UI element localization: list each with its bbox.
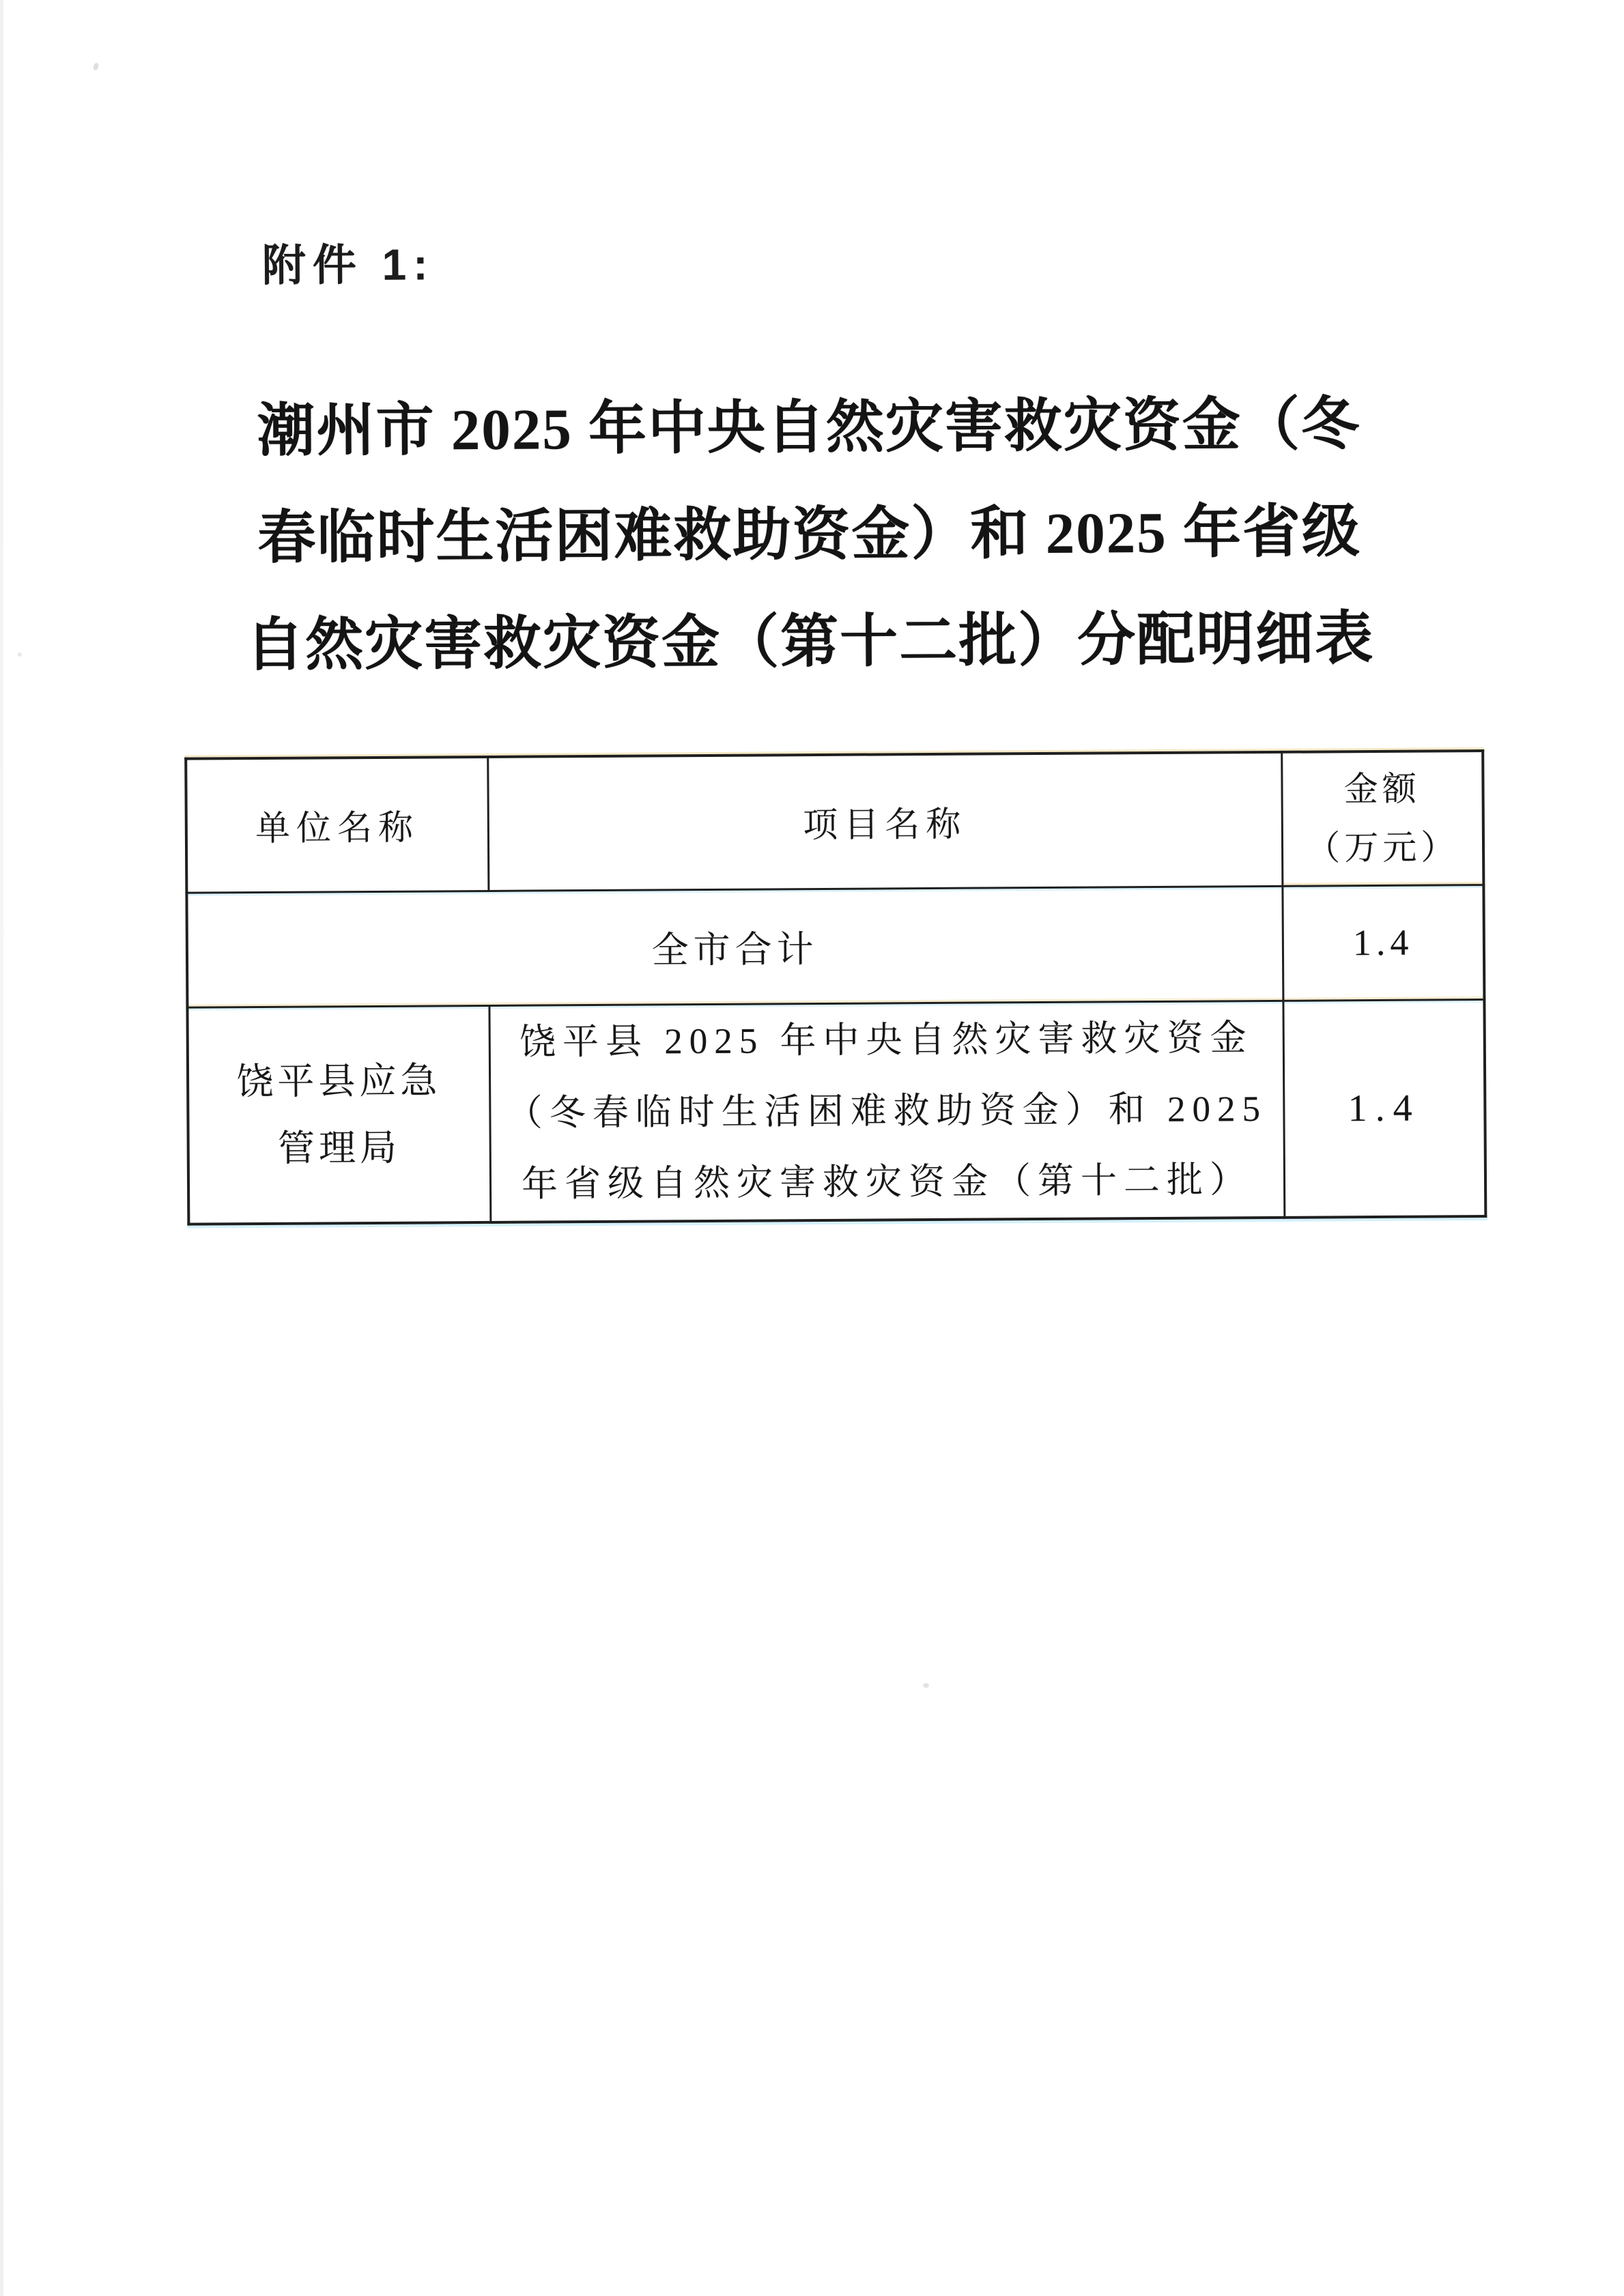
allocation-table: 单位名称 项目名称 金额 （万元） 全市合计 1.4 饶平县应急 管理局 饶平县… bbox=[184, 749, 1487, 1226]
title-line-2: 春临时生活困难救助资金）和 2025 年省级 bbox=[257, 500, 1361, 571]
page-content: 附件 1: 潮州市 2025 年中央自然灾害救灾资金（冬 春临时生活困难救助资金… bbox=[0, 0, 1624, 2296]
amount-cell: 1.4 bbox=[1283, 999, 1485, 1218]
summary-label-cell: 全市合计 bbox=[186, 886, 1283, 1007]
attachment-label: 附件 1: bbox=[261, 229, 434, 293]
header-amount: 金额 （万元） bbox=[1281, 751, 1483, 886]
header-project-name: 项目名称 bbox=[487, 752, 1282, 891]
title-line-3: 自然灾害救灾资金（第十二批）分配明细表 bbox=[246, 607, 1375, 678]
summary-amount-cell: 1.4 bbox=[1282, 885, 1484, 1001]
table-header-row: 单位名称 项目名称 金额 （万元） bbox=[186, 751, 1483, 893]
header-unit-name: 单位名称 bbox=[186, 757, 488, 893]
document-title: 潮州市 2025 年中央自然灾害救灾资金（冬 春临时生活困难救助资金）和 202… bbox=[0, 370, 1623, 702]
unit-name-cell: 饶平县应急 管理局 bbox=[187, 1005, 490, 1224]
summary-row: 全市合计 1.4 bbox=[186, 885, 1484, 1007]
title-line-1: 潮州市 2025 年中央自然灾害救灾资金（冬 bbox=[257, 392, 1361, 463]
scanned-document-page: 附件 1: 潮州市 2025 年中央自然灾害救灾资金（冬 春临时生活困难救助资金… bbox=[0, 0, 1624, 2296]
table-row: 饶平县应急 管理局 饶平县 2025 年中央自然灾害救灾资金 （冬春临时生活困难… bbox=[187, 999, 1485, 1224]
project-name-cell: 饶平县 2025 年中央自然灾害救灾资金 （冬春临时生活困难救助资金）和 202… bbox=[489, 1001, 1284, 1222]
